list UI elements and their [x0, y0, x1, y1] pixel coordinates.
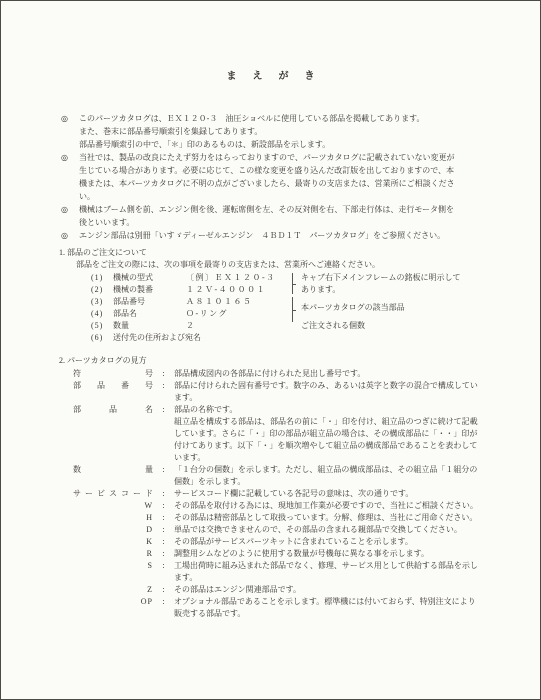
service-code-row: R : 調整用シムなどのように使用する数量が号機毎に異なる事を示します。: [59, 548, 500, 560]
definition-line: ます。: [174, 392, 500, 404]
service-code-line: 販売する部品です。: [174, 608, 500, 620]
definition-term: サービスコード: [73, 488, 153, 500]
colon-separator: :: [153, 584, 174, 596]
service-code-line: その部品を取付ける為には、現地加工作業が必要ですので、当社にご相談ください。: [174, 500, 500, 512]
service-code-line: 調整用シムなどのように使用する数量が号機毎に異なる事を示します。: [174, 548, 500, 560]
colon-separator: :: [153, 500, 174, 512]
order-item-value: 〔例〕ＥＸ１２０-３: [186, 272, 276, 284]
annotation-line: あります。: [301, 284, 461, 296]
service-code-row: H : その部品は精密部品として取扱っています。分解、修理は、当社にご用命くださ…: [59, 512, 500, 524]
order-item-row: (6) 送付先の住所および宛名: [59, 332, 500, 344]
order-item-row: (3) 部品番号 Ａ８１０１６５: [59, 296, 500, 308]
order-item-number: (3): [91, 296, 113, 308]
service-code-letter: D: [59, 524, 153, 536]
service-code-line: 工場出荷時に組み込まれた部品でなく、修理、サービス用として供給する部品を示し: [174, 560, 500, 572]
colon-separator: :: [153, 368, 174, 380]
order-item-value: Ａ８１０１６５: [186, 296, 253, 308]
definition-line: 部品に付けられた固有番号です。数字のみ、あるいは英字と数字の混合で構成してい: [174, 380, 500, 392]
annotation-order-qty: ご注文される個数: [301, 320, 365, 332]
brace-line: [287, 273, 293, 294]
service-code-letter: R: [59, 548, 153, 560]
order-item-value: １２Ｖ-４０００１: [186, 284, 266, 296]
bullet-line: このパーツカタログは、ＥＸ１２０-３ 油圧ショベルに使用している部品を掲載してあ…: [79, 112, 500, 125]
service-code-row: S : 工場出荷時に組み込まれた部品でなく、修理、サービス用として供給する部品を…: [59, 560, 500, 584]
order-item-number: (4): [91, 308, 113, 320]
order-item-value: Ｏ-リング: [186, 308, 228, 320]
double-circle-bullet-icon: ◎: [61, 112, 79, 151]
service-code-line: その部品は精密部品として取扱っています。分解、修理は、当社にご用命ください。: [174, 512, 500, 524]
order-item-label: 部品名: [113, 308, 186, 320]
annotation-nameplate: キャブ右下メインフレームの銘板に明示して あります。: [301, 272, 461, 296]
definition-line: 部品構成図内の各部品に付けられた見出し番号です。: [174, 368, 500, 380]
service-code-letter: Z: [59, 584, 153, 596]
service-code-line: その部品がサービスパーツキットに含まれていることを示します。: [174, 536, 500, 548]
colon-separator: :: [153, 596, 174, 608]
colon-separator: :: [153, 548, 174, 560]
colon-separator: :: [153, 488, 174, 500]
bullet-line: また、巻末に部品番号順索引を集録してあります。: [79, 125, 500, 138]
bullet-line: 後といいます。: [79, 216, 500, 229]
double-circle-bullet-icon: ◎: [61, 229, 79, 242]
order-item-label: 機械の型式: [113, 272, 186, 284]
service-code-row: K : その部品がサービスパーツキットに含まれていることを示します。: [59, 536, 500, 548]
order-item-row: (4) 部品名 Ｏ-リング: [59, 308, 500, 320]
definition-line: 「１台分の個数」を示します。ただし、組立品の構成部品は、その組立品「１組分の: [174, 464, 500, 476]
order-item-label: 送付先の住所および宛名: [113, 332, 186, 344]
definition-line: しています。さらに「・」印の部品が組立品の場合は、その構成部品に「・・」印が: [174, 428, 500, 440]
section2-heading: 2. パーツカタログの見方: [59, 355, 500, 367]
definition-line: サービスコード欄に記載している各記号の意味は、次の通りです。: [174, 488, 500, 500]
bullet-line: 当社では、製品の改良にたえず努力をはらっておりますので、パーツカタログに記載され…: [79, 151, 500, 164]
intro-bullet-list: ◎ このパーツカタログは、ＥＸ１２０-３ 油圧ショベルに使用している部品を掲載し…: [61, 112, 500, 242]
bullet-line: 生じている場合があります。必要に応じて、この様な変更を盛り込んだ改訂版を出してお…: [79, 164, 500, 177]
bullet-item: ◎ 当社では、製品の改良にたえず努力をはらっておりますので、パーツカタログに記載…: [61, 151, 500, 203]
colon-separator: :: [153, 380, 174, 392]
service-code-line: その部品はエンジン関連部品です。: [174, 584, 500, 596]
definition-term: 数量: [73, 464, 153, 476]
colon-separator: :: [153, 464, 174, 476]
order-item-number: (5): [91, 320, 113, 332]
definition-term: 部品番号: [73, 380, 153, 392]
definition-line: 付けてあります。以下「・」を順次増やして組立品の構成部品であることを表わして: [174, 440, 500, 452]
definition-line: 部品の名称です。: [174, 404, 500, 416]
service-code-line: ます。: [174, 572, 500, 584]
double-circle-bullet-icon: ◎: [61, 203, 79, 229]
order-item-list: (1) 機械の型式 〔例〕ＥＸ１２０-３ (2) 機械の製番 １２Ｖ-４０００１…: [59, 272, 500, 344]
service-code-row: OP : オプショナル部品であることを示します。標準機には付いておらず、特別注文…: [59, 596, 500, 620]
colon-separator: :: [153, 404, 174, 416]
bullet-line: エンジン部品は別冊「いすゞディーゼルエンジン ４ＢＤ１Ｔ パーツカタログ」をご参…: [79, 229, 500, 242]
service-code-line: 単品では交換できませんので、その部品の含まれる親部品で交換してください。: [174, 524, 500, 536]
order-item-number: (6): [91, 332, 113, 344]
annotation-line: キャブ右下メインフレームの銘板に明示して: [301, 272, 461, 284]
brace-line: [287, 297, 293, 322]
section-how-to-read-catalog: 2. パーツカタログの見方 符号 : 部品構成図内の各部品に付けられた見出し番号…: [59, 355, 500, 620]
service-code-letter: W: [59, 500, 153, 512]
colon-separator: :: [153, 560, 174, 572]
service-code-row: W : その部品を取付ける為には、現地加工作業が必要ですので、当社にご相談くださ…: [59, 500, 500, 512]
order-item-number: (1): [91, 272, 113, 284]
double-circle-bullet-icon: ◎: [61, 151, 79, 203]
bullet-item: ◎ このパーツカタログは、ＥＸ１２０-３ 油圧ショベルに使用している部品を掲載し…: [61, 112, 500, 151]
definition-term: 符号: [73, 368, 153, 380]
bullet-line: 機または、本パーツカタログに不明の点がございましたら、最寄りの支店または、営業所…: [79, 177, 500, 190]
definition-term: 部品名: [73, 404, 153, 416]
order-item-number: (2): [91, 284, 113, 296]
order-item-row: (5) 数量 ２: [59, 320, 500, 332]
service-code-letter: S: [59, 560, 153, 572]
definition-row: 部品番号 : 部品に付けられた固有番号です。数字のみ、あるいは英字と数字の混合で…: [59, 380, 500, 404]
service-code-row: Z : その部品はエンジン関連部品です。: [59, 584, 500, 596]
definition-line: 個数」を示します。: [174, 476, 500, 488]
service-code-letter: K: [59, 536, 153, 548]
definition-line: 組立品を構成する部品は、部品名の前に「・」印を付け、組立品のつぎに続けて記載: [174, 416, 500, 428]
definition-line: います。: [174, 452, 500, 464]
bullet-line: い。: [79, 190, 500, 203]
order-item-label: 部品番号: [113, 296, 186, 308]
order-item-label: 数量: [113, 320, 186, 332]
bullet-line: 部品番号順索引の中で、「＊」印のあるものは、新設部品を示します。: [79, 138, 500, 151]
colon-separator: :: [153, 536, 174, 548]
annotation-catalog-part: 本パーツカタログの該当部品: [301, 302, 405, 314]
bullet-item: ◎ エンジン部品は別冊「いすゞディーゼルエンジン ４ＢＤ１Ｔ パーツカタログ」を…: [61, 229, 500, 242]
bullet-item: ◎ 機械はブーム側を前、エンジン側を後、運転席側を左、その反対側を右、下部走行体…: [61, 203, 500, 229]
colon-separator: :: [153, 524, 174, 536]
order-item-value: ２: [186, 320, 196, 332]
section-ordering-parts: 1. 部品のご注文について 部品をご注文の際には、次の事項を最寄りの支店または、…: [59, 247, 500, 344]
bullet-line: 機械はブーム側を前、エンジン側を後、運転席側を左、その反対側を右、下部走行体は、…: [79, 203, 500, 216]
service-code-row: D : 単品では交換できませんので、その部品の含まれる親部品で交換してください。: [59, 524, 500, 536]
order-item-label: 機械の製番: [113, 284, 186, 296]
definition-row: 数量 : 「１台分の個数」を示します。ただし、組立品の構成部品は、その組立品「１…: [59, 464, 500, 488]
scanned-document-page: まえがき ◎ このパーツカタログは、ＥＸ１２０-３ 油圧ショベルに使用している部…: [0, 0, 541, 700]
service-code-letter: OP: [59, 596, 153, 608]
service-code-line: オプショナル部品であることを示します。標準機には付いておらず、特別注文により: [174, 596, 500, 608]
definition-row: 部品名 : 部品の名称です。 組立品を構成する部品は、部品名の前に「・」印を付け…: [59, 404, 500, 464]
page-title: まえがき: [1, 71, 540, 83]
colon-separator: :: [153, 512, 174, 524]
service-code-letter: H: [59, 512, 153, 524]
definition-row: 符号 : 部品構成図内の各部品に付けられた見出し番号です。: [59, 368, 500, 380]
definition-row: サービスコード : サービスコード欄に記載している各記号の意味は、次の通りです。: [59, 488, 500, 500]
section1-intro: 部品をご注文の際には、次の事項を最寄りの支店または、営業所へご連絡ください。: [76, 259, 500, 271]
section1-heading: 1. 部品のご注文について: [59, 247, 500, 259]
